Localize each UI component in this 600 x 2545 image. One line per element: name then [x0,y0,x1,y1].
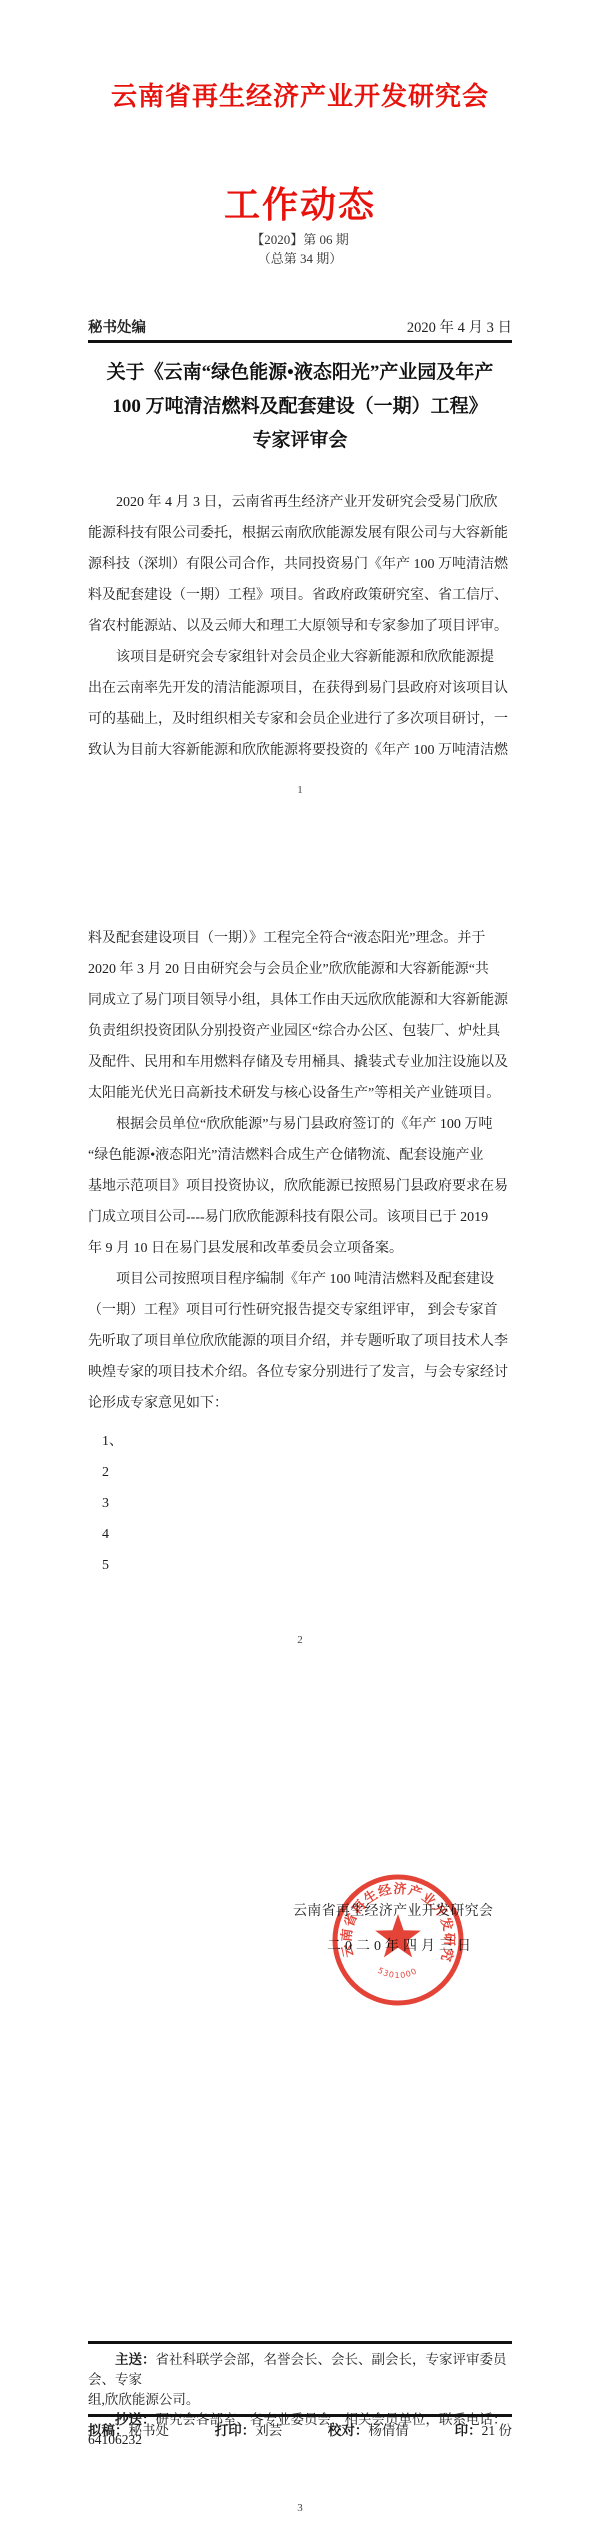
producer-item: 打印：刘芸 [215,2419,283,2439]
producer-value: 秘书处 [129,2423,170,2438]
body-line: 该项目是研究会专家组针对会员企业大容新能源和欣欣能源提 [88,642,518,673]
body-line: 能源科技有限公司委托，根据云南欣欣能源发展有限公司与大容新能 [88,518,518,549]
bulletin-title: 工作动态 [0,177,600,228]
producers-row: 拟稿：秘书处 打印：刘芸 校对：杨倩倩 印：21 份 [88,2419,512,2439]
body-line: 及配件、民用和车用燃料存储及专用桶具、撬装式专业加注设施以及 [88,1047,518,1078]
body-line: 同成立了易门项目领导小组，具体工作由天远欣欣能源和大容新能源 [88,985,518,1016]
producer-item: 校对：杨倩倩 [328,2419,409,2439]
producer-item: 印：21 份 [455,2419,512,2439]
body-line: 论形成专家意见如下： [88,1388,518,1419]
producer-label: 印： [455,2423,482,2438]
body-line: （一期）工程》项目可行性研究报告提交专家组评审， 到会专家首 [88,1295,518,1326]
document-title-line: 100 万吨清洁燃料及配套建设（一期）工程》 [0,390,600,424]
body-line: 基地示范项目》项目投资协议，欣欣能源已按照易门县政府要求在易 [88,1171,518,1202]
expert-opinion-list: 1、2345 [102,1426,502,1581]
producer-value: 21 份 [482,2423,512,2438]
page1-body: 2020 年 4 月 3 日，云南省再生经济产业开发研究会受易门欣欣能源科技有限… [88,487,518,766]
producer-label: 校对： [328,2423,369,2438]
expert-opinion-item: 2 [102,1457,502,1488]
editor-label: 秘书处编 [88,316,146,337]
producer-label: 拟稿： [88,2423,129,2438]
body-line: “绿色能源•液态阳光”清洁燃料合成生产仓储物流、配套设施产业 [88,1140,518,1171]
body-line: 先听取了项目单位欣欣能源的项目介绍，并专题听取了项目技术人李 [88,1326,518,1357]
issue-number: 【2020】第 06 期 [0,229,600,248]
body-line: 根据会员单位“欣欣能源”与易门县政府签订的《年产 100 万吨 [88,1109,518,1140]
issue-total-number: （总第 34 期） [0,248,600,267]
page-number-3: 3 [0,2502,600,2514]
document-title-line: 专家评审会 [0,424,600,458]
body-line: 料及配套建设（一期）工程》项目。省政府政策研究室、省工信厅、 [88,580,518,611]
body-line: 年 9 月 10 日在易门县发展和改革委员会立项备案。 [88,1233,518,1264]
document-title-line: 关于《云南“绿色能源•液态阳光”产业园及年产 [0,356,600,390]
seal-star-icon [375,1914,421,1957]
body-line: 门成立项目公司----易门欣欣能源科技有限公司。该项目已于 2019 [88,1202,518,1233]
header-row: 秘书处编 2020 年 4 月 3 日 [88,316,512,337]
expert-opinion-item: 4 [102,1519,502,1550]
producer-value: 刘芸 [255,2423,282,2438]
expert-opinion-item: 1、 [102,1426,502,1457]
body-line: 致认为目前大容新能源和欣欣能源将要投资的《年产 100 万吨清洁燃 [88,735,518,766]
body-line: 可的基础上，及时组织相关专家和会员企业进行了多次项目研讨，一 [88,704,518,735]
footer-divider-bottom [88,2414,512,2417]
page2-body: 料及配套建设项目（一期）》工程完全符合“液态阳光”理念。并于2020 年 3 月… [88,923,518,1419]
body-line: 2020 年 3 月 20 日由研究会与会员企业”欣欣能源和大容新能源“共 [88,954,518,985]
body-line: 料及配套建设项目（一期）》工程完全符合“液态阳光”理念。并于 [88,923,518,954]
main-send-line: 主送：省社科联学会部，名誉会长、会长、副会长，专家评审委员会、专家 [88,2350,514,2390]
document-page: 云南省再生经济产业开发研究会 工作动态 【2020】第 06 期 （总第 34 … [0,0,600,2545]
body-line: 源科技（深圳）有限公司合作，共同投资易门《年产 100 万吨清洁燃 [88,549,518,580]
body-line: 省农村能源站、以及云师大和理工大原领导和专家参加了项目评审。 [88,611,518,642]
body-line: 项目公司按照项目程序编制《年产 100 吨清洁燃料及配套建设 [88,1264,518,1295]
masthead-org-title: 云南省再生经济产业开发研究会 [0,76,600,113]
producer-item: 拟稿：秘书处 [88,2419,169,2439]
producer-value: 杨倩倩 [368,2423,409,2438]
body-line: 2020 年 4 月 3 日，云南省再生经济产业开发研究会受易门欣欣 [88,487,518,518]
footer-divider-top [88,2341,512,2344]
main-send-label: 主送： [115,2352,156,2367]
producer-label: 打印： [215,2423,256,2438]
official-seal: 云南省再生经济产业开发研究会 5301000044265 [330,1872,466,2008]
expert-opinion-item: 5 [102,1550,502,1581]
page-number-2: 2 [0,1634,600,1646]
expert-opinion-item: 3 [102,1488,502,1519]
page-number-1: 1 [0,784,600,796]
issue-date: 2020 年 4 月 3 日 [407,316,512,337]
body-line: 映煌专家的项目技术介绍。各位专家分别进行了发言，与会专家经讨 [88,1357,518,1388]
document-title: 关于《云南“绿色能源•液态阳光”产业园及年产100 万吨清洁燃料及配套建设（一期… [0,356,600,458]
main-send-line2: 组,欣欣能源公司。 [88,2390,514,2410]
body-line: 太阳能光伏光日高新技术研发与核心设备生产”等相关产业链项目。 [88,1078,518,1109]
body-line: 负责组织投资团队分别投资产业园区“综合办公区、包装厂、炉灶具 [88,1016,518,1047]
body-line: 出在云南率先开发的清洁能源项目，在获得到易门县政府对该项目认 [88,673,518,704]
header-divider [88,340,512,343]
